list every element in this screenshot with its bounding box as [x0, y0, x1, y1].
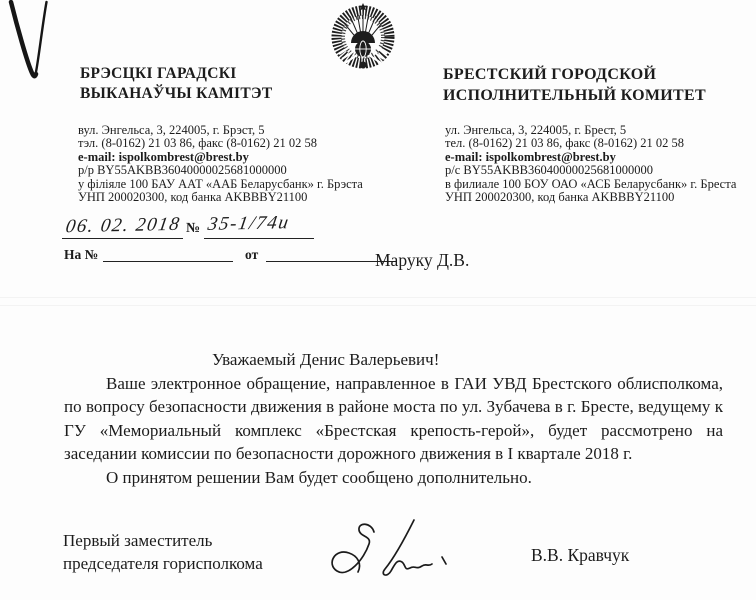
handwritten-outgoing-number: 35-1/74и [206, 212, 291, 236]
reply-to-number-label: На № [64, 247, 98, 263]
address-account-line: р/р BY55AKBB36040000025681000000 [78, 164, 408, 177]
org-ru-line1: БРЕСТСКИЙ ГОРОДСКОЙ [443, 64, 748, 85]
org-by-line1: БРЭСЦКІ ГАРАДСКІ [80, 64, 370, 84]
signer-name: В.В. Кравчук [531, 545, 629, 566]
reply-number-underline [103, 260, 233, 262]
address-email-line: e-mail: ispolkombrest@brest.by [445, 151, 756, 164]
address-bank-line: у філіяле 100 БАУ ААТ «ААБ Беларусбанк» … [78, 178, 408, 191]
address-account-line: р/с BY55AKBB36040000025681000000 [445, 164, 756, 177]
number-sign-label: № [186, 221, 200, 237]
address-line: вул. Энгельса, 3, 224005, г. Брэст, 5 [78, 124, 408, 137]
address-block-russian: ул. Энгельса, 3, 224005, г. Брест, 5 тел… [445, 124, 756, 204]
scanned-letter-page: БРЭСЦКІ ГАРАДСКІ ВЫКАНАЎЧЫ КАМІТЭТ БРЕСТ… [0, 0, 756, 600]
signer-position-line1: Первый заместитель [63, 530, 263, 553]
address-line: тэл. (8-0162) 21 03 86, факс (8-0162) 21… [78, 137, 408, 150]
pen-stroke-mark-icon [2, 0, 54, 84]
address-block-belarusian: вул. Энгельса, 3, 224005, г. Брэст, 5 тэ… [78, 124, 408, 204]
addressee-name: Маруку Д.В. [375, 250, 469, 271]
handwritten-signature-icon [322, 512, 460, 592]
body-paragraph: Ваше электронное обращение, направленное… [64, 372, 723, 466]
scan-streak [0, 297, 756, 298]
org-name-russian: БРЕСТСКИЙ ГОРОДСКОЙ ИСПОЛНИТЕЛЬНЫЙ КОМИТ… [443, 64, 748, 106]
reply-from-label: от [245, 247, 258, 263]
letter-body: Уважаемый Денис Валерьевич! Ваше электро… [64, 348, 723, 490]
org-by-line2: ВЫКАНАЎЧЫ КАМІТЭТ [80, 84, 370, 104]
address-email-line: e-mail: ispolkombrest@brest.by [78, 151, 408, 164]
number-underline [204, 237, 314, 239]
org-ru-line2: ИСПОЛНИТЕЛЬНЫЙ КОМИТЕТ [443, 85, 748, 106]
scan-streak [0, 305, 756, 306]
org-name-belarusian: БРЭСЦКІ ГАРАДСКІ ВЫКАНАЎЧЫ КАМІТЭТ [80, 64, 370, 104]
signer-position: Первый заместитель председателя гориспол… [63, 530, 263, 575]
address-bank-line: в филиале 100 БОУ ОАО «АСБ Беларусбанк» … [445, 178, 756, 191]
belarus-state-emblem-icon [329, 2, 397, 73]
date-underline [62, 237, 183, 239]
address-line: ул. Энгельса, 3, 224005, г. Брест, 5 [445, 124, 756, 137]
signer-position-line2: председателя горисполкома [63, 553, 263, 576]
address-unp-line: УНП 200020300, код банка AKBBBY21100 [445, 191, 756, 204]
salutation: Уважаемый Денис Валерьевич! [212, 348, 723, 372]
address-unp-line: УНП 200020300, код банка AKBBBY21100 [78, 191, 408, 204]
address-line: тел. (8-0162) 21 03 86, факс (8-0162) 21… [445, 137, 756, 150]
handwritten-date: 06. 02. 2018 [64, 214, 182, 238]
body-paragraph: О принятом решении Вам будет сообщено до… [64, 466, 723, 490]
